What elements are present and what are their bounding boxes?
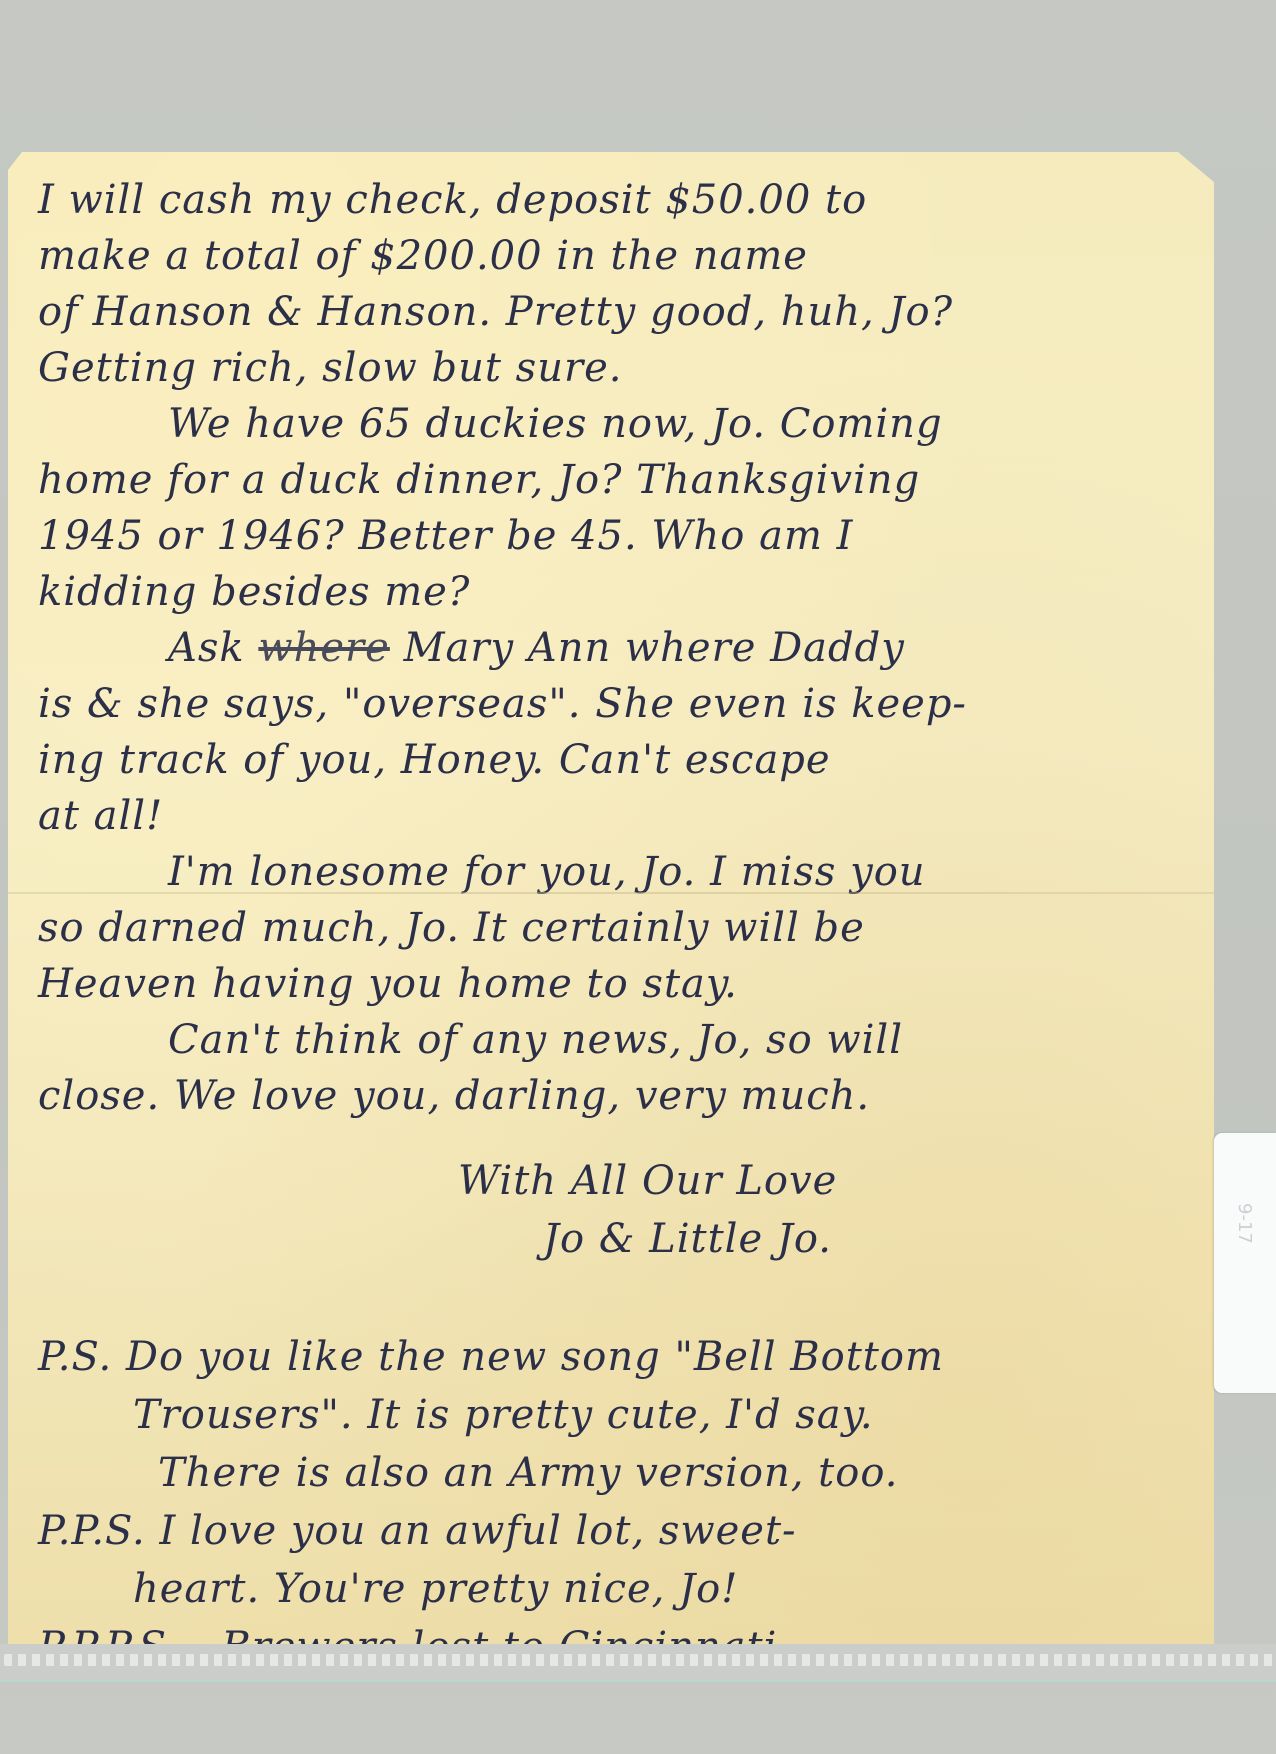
word-ask: Ask [168, 625, 245, 671]
letter-line: so darned much, Jo. It certainly will be [38, 900, 1188, 956]
letter-line: ing track of you, Honey. Can't escape [38, 732, 1188, 788]
line-remainder: Mary Ann where Daddy [404, 625, 905, 671]
slip-note: 9-17 [1234, 1203, 1255, 1244]
postscript-line: Trousers". It is pretty cute, I'd say. [38, 1386, 1188, 1444]
letter-line: I'm lonesome for you, Jo. I miss you [38, 844, 1188, 900]
letter-line: kidding besides me? [38, 564, 1188, 620]
letter-line: We have 65 duckies now, Jo. Coming [38, 396, 1188, 452]
postscript-line: heart. You're pretty nice, Jo! [38, 1560, 1188, 1618]
closing-salutation: With All Our Love [38, 1152, 1188, 1210]
sleeve-perforated-edge [0, 1644, 1276, 1682]
postscript-line: There is also an Army version, too. [38, 1444, 1188, 1502]
letter-line: close. We love you, darling, very much. [38, 1068, 1188, 1124]
letter-page: I will cash my check, deposit $50.00 to … [8, 152, 1214, 1644]
spacer [38, 1268, 1188, 1328]
postscript-line: P.P.S. I love you an awful lot, sweet- [38, 1502, 1188, 1560]
letter-line: make a total of $200.00 in the name [38, 228, 1188, 284]
signature: Jo & Little Jo. [38, 1210, 1188, 1268]
letter-line: Heaven having you home to stay. [38, 956, 1188, 1012]
letter-line: Can't think of any news, Jo, so will [38, 1012, 1188, 1068]
letter-line: Ask where Mary Ann where Daddy [38, 620, 1188, 676]
letter-line: home for a duck dinner, Jo? Thanksgiving [38, 452, 1188, 508]
perforation-holes [4, 1654, 1276, 1666]
letter-body: I will cash my check, deposit $50.00 to … [38, 172, 1188, 1676]
letter-line: is & she says, "overseas". She even is k… [38, 676, 1188, 732]
letter-line: Getting rich, slow but sure. [38, 340, 1188, 396]
letter-line: I will cash my check, deposit $50.00 to [38, 172, 1188, 228]
letter-line: at all! [38, 788, 1188, 844]
struck-word: where [258, 625, 389, 671]
paper-slip: 9-17 [1214, 1133, 1276, 1393]
spacer [38, 1124, 1188, 1152]
letter-line: of Hanson & Hanson. Pretty good, huh, Jo… [38, 284, 1188, 340]
letter-line: 1945 or 1946? Better be 45. Who am I [38, 508, 1188, 564]
postscript-line: P.S. Do you like the new song "Bell Bott… [38, 1328, 1188, 1386]
